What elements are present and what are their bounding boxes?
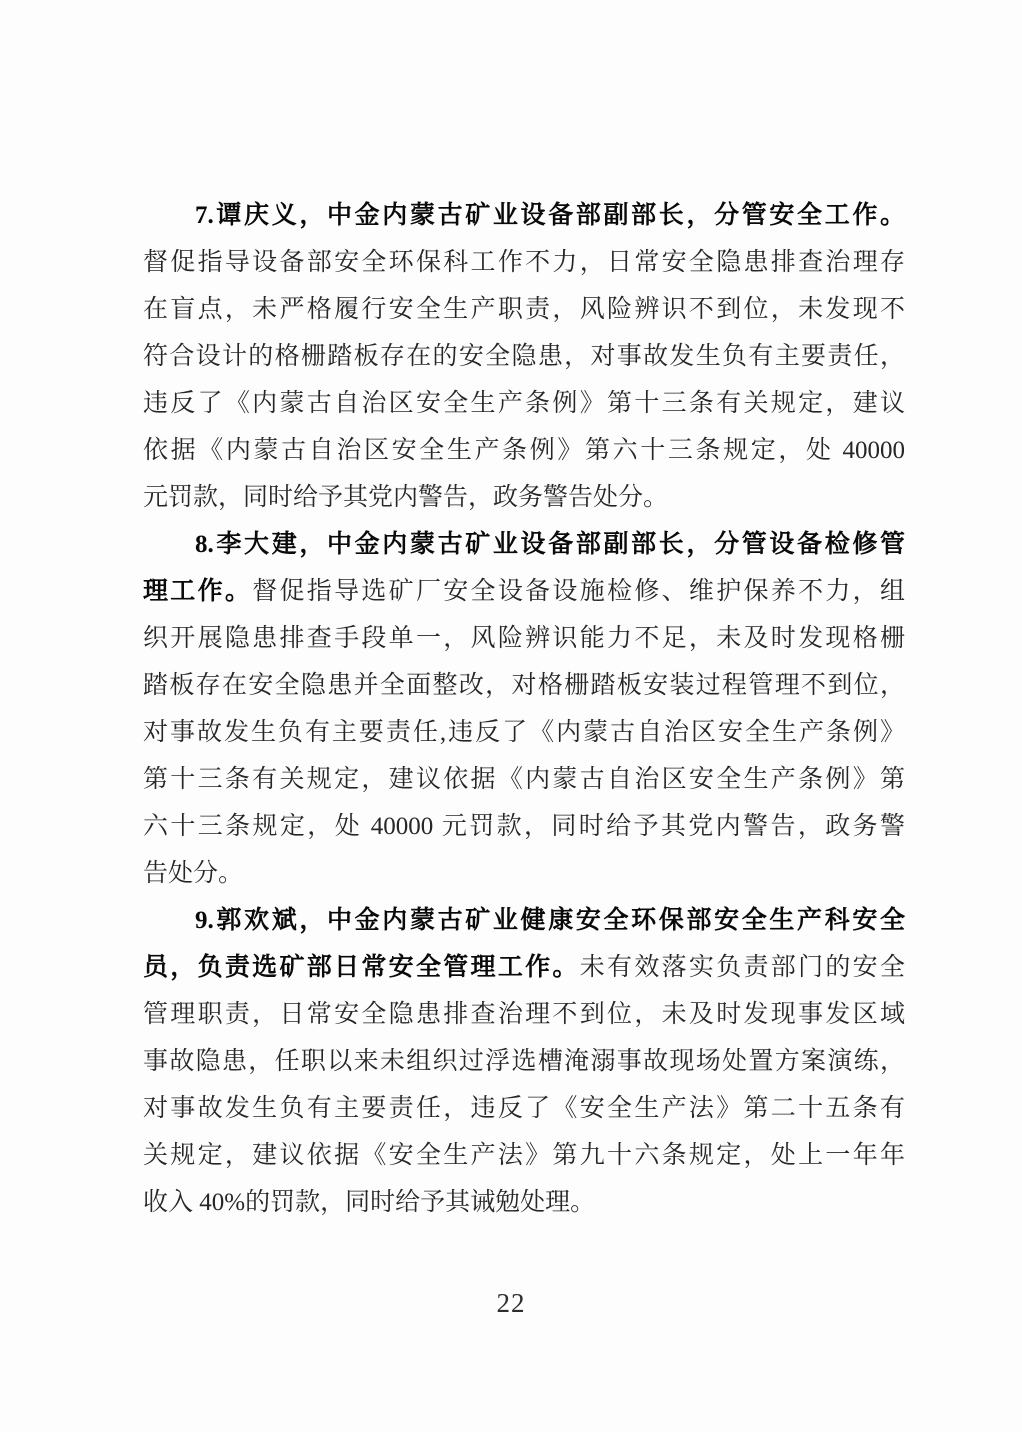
text-line: 员，负责选矿部日常安全管理工作。未有效落实负责部门的安全 xyxy=(143,944,905,991)
text-line: 符合设计的格栅踏板存在的安全隐患，对事故发生负有主要责任， xyxy=(143,333,905,380)
bold-text-run: 9.郭欢斌，中金内蒙古矿业健康安全环保部安全生产科安全 xyxy=(195,907,905,934)
text-line: 在盲点，未严格履行安全生产职责，风险辨识不到位，未发现不 xyxy=(143,286,905,333)
text-line: 9.郭欢斌，中金内蒙古矿业健康安全环保部安全生产科安全 xyxy=(143,897,905,944)
text-line: 8.李大建，中金内蒙古矿业设备部副部长，分管设备检修管 xyxy=(143,521,905,568)
bold-text-run: 8.李大建，中金内蒙古矿业设备部副部长，分管设备检修管 xyxy=(195,531,905,558)
text-run: 事故隐患，任职以来未组织过浮选槽淹溺事故现场处置方案演练， xyxy=(143,1048,905,1075)
text-line: 依据《内蒙古自治区安全生产条例》第六十三条规定，处 40000 xyxy=(143,427,905,474)
text-run: 违反了《内蒙古自治区安全生产条例》第十三条有关规定，建议 xyxy=(143,390,905,417)
text-line: 关规定，建议依据《安全生产法》第九十六条规定，处上一年年 xyxy=(143,1132,905,1179)
text-run: 在盲点，未严格履行安全生产职责，风险辨识不到位，未发现不 xyxy=(143,296,905,323)
text-line: 管理职责，日常安全隐患排查治理不到位，未及时发现事发区域 xyxy=(143,991,905,1038)
page-number: 22 xyxy=(0,1288,1022,1319)
text-line: 对事故发生负有主要责任,违反了《内蒙古自治区安全生产条例》 xyxy=(143,709,905,756)
text-run: 对事故发生负有主要责任，违反了《安全生产法》第二十五条有 xyxy=(143,1095,905,1122)
text-run: 织开展隐患排查手段单一，风险辨识能力不足，未及时发现格栅 xyxy=(143,625,905,652)
paragraph-item-7: 7.谭庆义，中金内蒙古矿业设备部副部长，分管安全工作。督促指导设备部安全环保科工… xyxy=(143,192,905,521)
text-line: 织开展隐患排查手段单一，风险辨识能力不足，未及时发现格栅 xyxy=(143,615,905,662)
text-run: 踏板存在安全隐患并全面整改，对格栅踏板安装过程管理不到位， xyxy=(143,672,905,699)
text-line: 元罚款，同时给予其党内警告，政务警告处分。 xyxy=(143,474,905,521)
text-run: 管理职责，日常安全隐患排查治理不到位，未及时发现事发区域 xyxy=(143,1001,905,1028)
text-line: 收入 40%的罚款，同时给予其诫勉处理。 xyxy=(143,1179,905,1226)
text-line: 第十三条有关规定，建议依据《内蒙古自治区安全生产条例》第 xyxy=(143,756,905,803)
text-line: 六十三条规定，处 40000 元罚款，同时给予其党内警告，政务警 xyxy=(143,803,905,850)
text-line: 踏板存在安全隐患并全面整改，对格栅踏板安装过程管理不到位， xyxy=(143,662,905,709)
text-line: 理工作。督促指导选矿厂安全设备设施检修、维护保养不力，组 xyxy=(143,568,905,615)
text-run: 依据《内蒙古自治区安全生产条例》第六十三条规定，处 40000 xyxy=(143,437,905,464)
document-body: 7.谭庆义，中金内蒙古矿业设备部副部长，分管安全工作。督促指导设备部安全环保科工… xyxy=(143,192,905,1226)
text-run: 告处分。 xyxy=(143,860,243,887)
text-run: 对事故发生负有主要责任,违反了《内蒙古自治区安全生产条例》 xyxy=(143,719,905,746)
text-run: 关规定，建议依据《安全生产法》第九十六条规定，处上一年年 xyxy=(143,1142,905,1169)
text-line: 违反了《内蒙古自治区安全生产条例》第十三条有关规定，建议 xyxy=(143,380,905,427)
text-run: 未有效落实负责部门的安全 xyxy=(580,954,905,981)
text-run: 元罚款，同时给予其党内警告，政务警告处分。 xyxy=(143,484,668,511)
text-run: 第十三条有关规定，建议依据《内蒙古自治区安全生产条例》第 xyxy=(143,766,905,793)
text-run: 督促指导设备部安全环保科工作不力，日常安全隐患排查治理存 xyxy=(143,249,905,276)
text-line: 督促指导设备部安全环保科工作不力，日常安全隐患排查治理存 xyxy=(143,239,905,286)
paragraph-item-9: 9.郭欢斌，中金内蒙古矿业健康安全环保部安全生产科安全员，负责选矿部日常安全管理… xyxy=(143,897,905,1226)
text-line: 告处分。 xyxy=(143,850,905,897)
text-line: 事故隐患，任职以来未组织过浮选槽淹溺事故现场处置方案演练， xyxy=(143,1038,905,1085)
document-page: 7.谭庆义，中金内蒙古矿业设备部副部长，分管安全工作。督促指导设备部安全环保科工… xyxy=(0,0,1022,1432)
text-run: 收入 40%的罚款，同时给予其诫勉处理。 xyxy=(143,1189,595,1216)
bold-text-run: 员，负责选矿部日常安全管理工作。 xyxy=(143,954,580,981)
text-run: 督促指导选矿厂安全设备设施检修、维护保养不力，组 xyxy=(252,578,905,605)
text-run: 六十三条规定，处 40000 元罚款，同时给予其党内警告，政务警 xyxy=(143,813,905,840)
bold-text-run: 理工作。 xyxy=(143,578,252,605)
text-line: 对事故发生负有主要责任，违反了《安全生产法》第二十五条有 xyxy=(143,1085,905,1132)
text-line: 7.谭庆义，中金内蒙古矿业设备部副部长，分管安全工作。 xyxy=(143,192,905,239)
bold-text-run: 7.谭庆义，中金内蒙古矿业设备部副部长，分管安全工作。 xyxy=(195,202,905,229)
paragraph-item-8: 8.李大建，中金内蒙古矿业设备部副部长，分管设备检修管理工作。督促指导选矿厂安全… xyxy=(143,521,905,897)
text-run: 符合设计的格栅踏板存在的安全隐患，对事故发生负有主要责任， xyxy=(143,343,905,370)
